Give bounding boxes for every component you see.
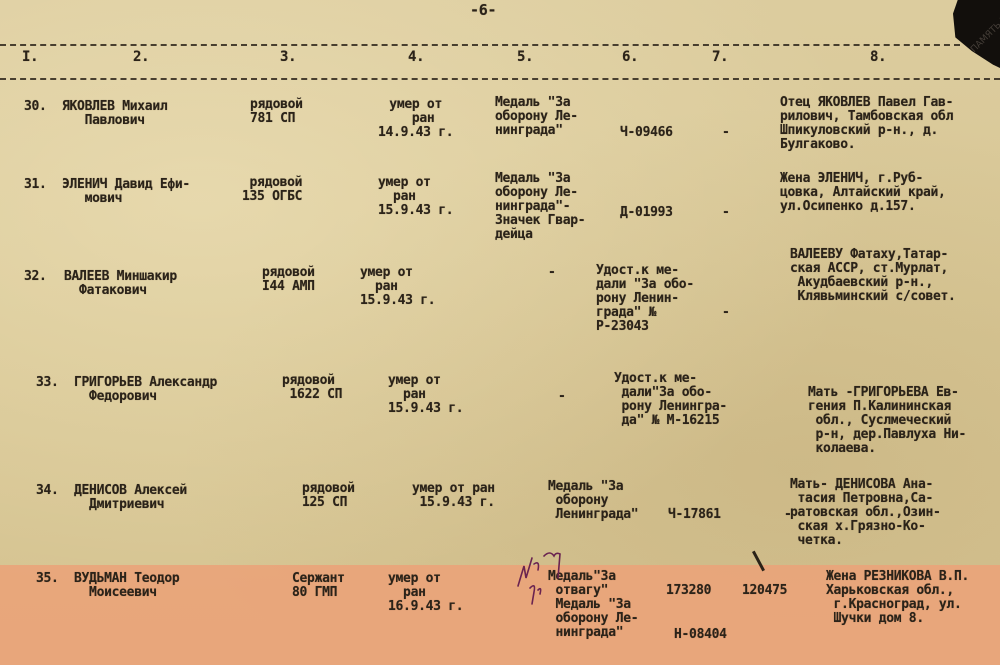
watermark-text: ПАМЯТЬ НАРОДА	[969, 0, 1000, 55]
cause-date: умер от ран 15.9.43 г.	[412, 482, 495, 510]
award: Медаль "За оборону Ле- нинграда"- Значек…	[495, 172, 585, 242]
header-rule-top	[0, 44, 960, 46]
column-number-8: 8.	[870, 50, 886, 64]
col7-value: -	[722, 126, 730, 140]
column-number-1: I.	[22, 50, 38, 64]
document-number: Удост.к ме- дали "За обо- рону Ленин- гр…	[596, 264, 694, 334]
document-number: Д-01993	[620, 206, 673, 220]
rank-unit: рядовой 125 СП	[302, 482, 355, 510]
handwritten-note-mark	[510, 548, 570, 608]
column-number-3: 3.	[280, 50, 296, 64]
column-number-5: 5.	[517, 50, 533, 64]
document-number: Ч-17861	[668, 508, 721, 522]
rank-unit: Сержант 80 ГМП	[292, 572, 345, 600]
award: -	[548, 266, 556, 280]
col7-value: -	[722, 306, 730, 320]
row-number: 30.	[24, 100, 47, 114]
column-number-4: 4.	[408, 50, 424, 64]
document-number: Удост.к ме- дали"За обо- рону Ленингра- …	[614, 372, 727, 428]
document-number: Ч-09466	[620, 126, 673, 140]
person-name: ДЕНИСОВ Алексей Дмитриевич	[74, 484, 187, 512]
relatives-address: Отец ЯКОВЛЕВ Павел Гав- рилович, Тамбовс…	[780, 96, 953, 152]
row-number: 34.	[36, 484, 59, 498]
page-number: -6-	[470, 3, 496, 17]
award: -	[558, 390, 566, 404]
person-name: ВАЛЕЕВ Миншакир Фатакович	[64, 270, 177, 298]
cause-date: умер от ран 16.9.43 г.	[388, 572, 463, 614]
header-rule-bottom	[0, 78, 1000, 80]
person-name: ГРИГОРЬЕВ Александр Федорович	[74, 376, 217, 404]
column-number-2: 2.	[133, 50, 149, 64]
row-number: 35.	[36, 572, 59, 586]
person-name: ВУДЬМАН Теодор Моисеевич	[74, 572, 179, 600]
relatives-address: Мать -ГРИГОРЬЕВА Ев- гения П.Калининская…	[808, 386, 966, 456]
rank-unit: рядовой 781 СП	[250, 98, 303, 126]
rank-unit: рядовой 1622 СП	[282, 374, 342, 402]
relatives-address: ВАЛЕЕВУ Фатаху,Татар- ская АССР, ст.Мурл…	[790, 248, 956, 304]
cause-date: умер от ран 15.9.43 г.	[360, 266, 435, 308]
award: Медаль "За оборону Ле- нинграда"	[495, 96, 578, 138]
row-number: 31.	[24, 178, 47, 192]
cause-date: умер от ран 15.9.43 г.	[378, 176, 453, 218]
row-number: 33.	[36, 376, 59, 390]
col7-value: -	[722, 206, 730, 220]
relatives-address: Жена ЭЛЕНИЧ, г.Руб- цовка, Алтайский кра…	[780, 172, 946, 214]
col7-value: 120475	[742, 584, 787, 598]
document-number: 173280	[666, 584, 711, 598]
relatives-address: Жена РЕЗНИКОВА В.П. Харьковская обл., г.…	[826, 570, 969, 626]
watermark-stamp: ПАМЯТЬ НАРОДА	[953, 0, 1000, 68]
column-number-6: 6.	[622, 50, 638, 64]
document-number-2: Н-08404	[674, 628, 727, 642]
cause-date: умер от ран 14.9.43 г.	[378, 98, 453, 140]
rank-unit: рядовой I44 АМП	[262, 266, 315, 294]
relatives-address: Мать- ДЕНИСОВА Ана- тасия Петровна,Са- р…	[790, 478, 941, 548]
row-number: 32.	[24, 270, 47, 284]
cause-date: умер от ран 15.9.43 г.	[388, 374, 463, 416]
person-name: ЭЛЕНИЧ Давид Ефи- мович	[62, 178, 190, 206]
column-number-7: 7.	[712, 50, 728, 64]
person-name: ЯКОВЛЕВ Михаил Павлович	[62, 100, 167, 128]
rank-unit: рядовой 135 ОГБС	[242, 176, 302, 204]
award: Медаль "За оборону Ленинграда"	[548, 480, 638, 522]
